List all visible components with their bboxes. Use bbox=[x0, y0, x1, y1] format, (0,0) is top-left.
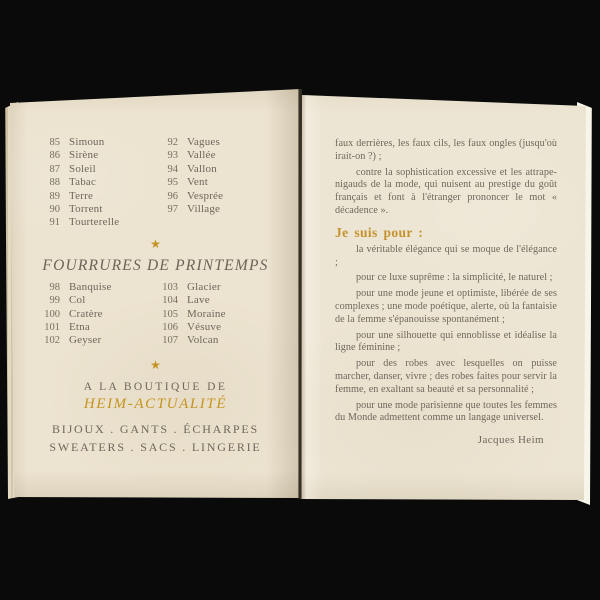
collection-list-2: 98Banquise 99Col 100Cratère 101Etna 102G… bbox=[10, 281, 301, 348]
item-name: Etna bbox=[69, 321, 90, 333]
collection-item: 103Glacier bbox=[158, 281, 226, 294]
collection-item: 94Vallon bbox=[158, 163, 223, 176]
item-number: 86 bbox=[40, 149, 60, 162]
item-name: Tourterelle bbox=[69, 216, 119, 228]
paragraph: contre la sophistication excessive et le… bbox=[335, 167, 557, 218]
item-name: Vallée bbox=[187, 149, 216, 161]
list-column: 98Banquise 99Col 100Cratère 101Etna 102G… bbox=[40, 281, 158, 348]
collection-item: 97Village bbox=[158, 203, 223, 216]
collection-item: 99Col bbox=[40, 294, 158, 307]
item-number: 100 bbox=[40, 308, 60, 321]
item-name: Col bbox=[69, 294, 86, 306]
item-number: 97 bbox=[158, 203, 178, 216]
right-page: faux derrières, les faux cils, les faux … bbox=[301, 88, 586, 501]
item-number: 90 bbox=[40, 203, 60, 216]
item-name: Moraine bbox=[187, 308, 226, 320]
item-name: Vent bbox=[187, 176, 208, 188]
item-number: 107 bbox=[158, 334, 178, 347]
boutique-line: SWEATERS . SACS . LINGERIE bbox=[10, 440, 301, 455]
collection-list-1: 85Simoun 86Sirène 87Soleil 88Tabac 89Ter… bbox=[10, 136, 301, 230]
paragraph: pour ce luxe suprême : la simplicité, le… bbox=[335, 272, 557, 285]
paragraph: la véritable élégance qui se moque de l'… bbox=[335, 244, 557, 270]
collection-item: 89Terre bbox=[40, 190, 158, 203]
item-number: 101 bbox=[40, 321, 60, 334]
paragraph: pour une mode jeune et optimiste, libéré… bbox=[335, 288, 557, 326]
section-heading: Je suis pour : bbox=[335, 225, 557, 240]
item-name: Terre bbox=[69, 190, 93, 202]
item-name: Volcan bbox=[187, 334, 219, 346]
brand-name: HEIM-ACTUALITÉ bbox=[10, 396, 301, 413]
collection-item: 106Vésuve bbox=[158, 321, 226, 334]
item-name: Torrent bbox=[69, 203, 103, 215]
collection-item: 86Sirène bbox=[40, 149, 158, 162]
item-number: 98 bbox=[40, 281, 60, 294]
item-name: Vésuve bbox=[187, 321, 221, 333]
collection-item: 88Tabac bbox=[40, 176, 158, 189]
item-number: 95 bbox=[158, 176, 178, 189]
item-number: 96 bbox=[158, 190, 178, 203]
left-page-content: 85Simoun 86Sirène 87Soleil 88Tabac 89Ter… bbox=[10, 88, 301, 499]
item-name: Vallon bbox=[187, 163, 217, 175]
collection-item: 96Vesprée bbox=[158, 190, 223, 203]
item-number: 105 bbox=[158, 308, 178, 321]
booklet-spine bbox=[298, 89, 302, 499]
item-name: Simoun bbox=[69, 136, 104, 148]
item-number: 89 bbox=[40, 190, 60, 203]
collection-item: 107Volcan bbox=[158, 334, 226, 347]
item-name: Tabac bbox=[69, 176, 96, 188]
collection-item: 93Vallée bbox=[158, 149, 223, 162]
signature: Jacques Heim bbox=[335, 434, 557, 447]
item-name: Village bbox=[187, 203, 220, 215]
paragraph: pour une mode parisienne que toutes les … bbox=[335, 400, 557, 426]
section-title: FOURRURES DE PRINTEMPS bbox=[10, 257, 301, 275]
collection-item: 102Geyser bbox=[40, 334, 158, 347]
paragraph: pour des robes avec lesquelles on puisse… bbox=[335, 358, 557, 396]
collection-item: 87Soleil bbox=[40, 163, 158, 176]
collection-item: 105Moraine bbox=[158, 308, 226, 321]
collection-item: 91Tourterelle bbox=[40, 216, 158, 229]
item-number: 102 bbox=[40, 334, 60, 347]
item-name: Vagues bbox=[187, 136, 220, 148]
item-name: Banquise bbox=[69, 281, 112, 293]
item-name: Geyser bbox=[69, 334, 101, 346]
item-number: 85 bbox=[40, 136, 60, 149]
item-number: 91 bbox=[40, 216, 60, 229]
collection-item: 104Lave bbox=[158, 294, 226, 307]
collection-item: 92Vagues bbox=[158, 136, 223, 149]
left-page: 85Simoun 86Sirène 87Soleil 88Tabac 89Ter… bbox=[10, 88, 301, 499]
item-name: Vesprée bbox=[187, 190, 223, 202]
item-number: 106 bbox=[158, 321, 178, 334]
item-name: Glacier bbox=[187, 281, 221, 293]
collection-item: 98Banquise bbox=[40, 281, 158, 294]
list-column: 92Vagues 93Vallée 94Vallon 95Vent 96Vesp… bbox=[158, 136, 223, 230]
collection-item: 100Cratère bbox=[40, 308, 158, 321]
photo-of-open-booklet: 85Simoun 86Sirène 87Soleil 88Tabac 89Ter… bbox=[0, 0, 600, 600]
list-column: 103Glacier 104Lave 105Moraine 106Vésuve … bbox=[158, 281, 226, 348]
collection-item: 95Vent bbox=[158, 176, 223, 189]
item-number: 88 bbox=[40, 176, 60, 189]
boutique-line: BIJOUX . GANTS . ÉCHARPES bbox=[10, 422, 301, 437]
item-name: Soleil bbox=[69, 163, 96, 175]
collection-item: 90Torrent bbox=[40, 203, 158, 216]
collection-item: 85Simoun bbox=[40, 136, 158, 149]
item-name: Lave bbox=[187, 294, 210, 306]
paragraph: faux derrières, les faux cils, les faux … bbox=[335, 138, 557, 164]
item-name: Sirène bbox=[69, 149, 98, 161]
item-number: 104 bbox=[158, 294, 178, 307]
star-icon: ★ bbox=[10, 358, 301, 372]
item-name: Cratère bbox=[69, 308, 103, 320]
item-number: 94 bbox=[158, 163, 178, 176]
item-number: 87 bbox=[40, 163, 60, 176]
list-column: 85Simoun 86Sirène 87Soleil 88Tabac 89Ter… bbox=[40, 136, 158, 230]
item-number: 99 bbox=[40, 294, 60, 307]
collection-item: 101Etna bbox=[40, 321, 158, 334]
item-number: 103 bbox=[158, 281, 178, 294]
paragraph: pour une silhouette qui ennoblisse et id… bbox=[335, 330, 557, 356]
item-number: 92 bbox=[158, 136, 178, 149]
boutique-line: A LA BOUTIQUE DE bbox=[10, 381, 301, 393]
right-page-content: faux derrières, les faux cils, les faux … bbox=[301, 88, 586, 501]
item-number: 93 bbox=[158, 149, 178, 162]
star-icon: ★ bbox=[10, 237, 301, 251]
